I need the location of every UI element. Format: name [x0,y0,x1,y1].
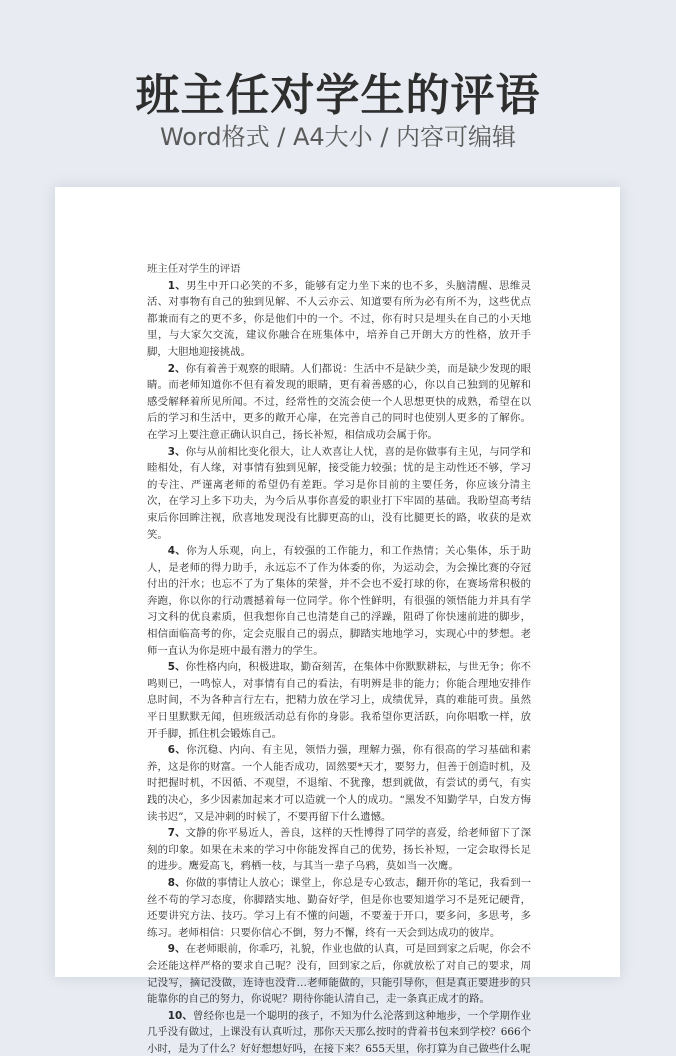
paragraph-number: 1、 [168,280,186,292]
comment-paragraph-5: 5、你性格内向，积极进取，勤奋刻苦，在集体中你默默耕耘，与世无争；你不鸣则已，一… [147,659,531,742]
paragraph-number: 7、 [168,827,186,839]
paragraph-number: 6、 [168,744,186,756]
paragraph-text: 你为人乐观，向上，有较强的工作能力，和工作热情；关心集体，乐于助人，是老师的得力… [147,545,531,657]
paragraph-text: 你有着善于观察的眼睛。人们都说：生活中不是缺少美，而是缺少发现的眼睛。而老师知道… [147,363,531,441]
document-title: 班主任对学生的评语 [147,261,531,278]
paragraph-text: 你性格内向，积极进取，勤奋刻苦，在集体中你默默耕耘，与世无争；你不鸣则已，一鸣惊… [147,661,531,739]
comment-paragraph-2: 2、你有着善于观察的眼睛。人们都说：生活中不是缺少美，而是缺少发现的眼睛。而老师… [147,361,531,444]
comment-paragraph-10: 10、曾经你也是一个聪明的孩子，不知为什么沦落到这种地步，一个学期作业几乎没有做… [147,1008,531,1056]
paragraph-text: 文静的你平易近人，善良，这样的天性博得了同学的喜爱，给老师留下了深刻的印象。如果… [147,827,531,872]
paragraph-text: 你沉稳、内向、有主见，领悟力强，理解力强，你有很高的学习基础和素养，这是你的财富… [147,744,531,822]
paragraph-number: 2、 [168,363,186,375]
comment-paragraph-7: 7、文静的你平易近人，善良，这样的天性博得了同学的喜爱，给老师留下了深刻的印象。… [147,825,531,875]
comment-paragraph-1: 1、男生中开口必笑的不多，能够有定力坐下来的也不多，头脑清醒、思维灵活、对事物有… [147,278,531,361]
paragraph-text: 你做的事情让人放心；课堂上，你总是专心致志，翻开你的笔记，我看到一丝不苟的学习态… [147,877,531,939]
comment-paragraph-9: 9、在老师眼前，你乖巧，礼貌，作业也做的认真，可是回到家之后呢，你会不会还能这样… [147,941,531,1007]
document-body: 班主任对学生的评语 1、男生中开口必笑的不多，能够有定力坐下来的也不多，头脑清醒… [147,261,531,1056]
banner-subtitle: Word格式 / A4大小 / 内容可编辑 [0,120,676,154]
comment-paragraph-6: 6、你沉稳、内向、有主见，领悟力强，理解力强，你有很高的学习基础和素养，这是你的… [147,742,531,825]
comment-paragraph-8: 8、你做的事情让人放心；课堂上，你总是专心致志，翻开你的笔记，我看到一丝不苟的学… [147,875,531,941]
paragraph-number: 8、 [168,877,186,889]
paragraph-number: 10、 [168,1010,193,1022]
paragraph-text: 你与从前相比变化很大，让人欢喜让人忧，喜的是你做事有主见，与同学和睦相处，有人缘… [147,446,531,541]
paragraph-number: 5、 [168,661,186,673]
document-page: 班主任对学生的评语 1、男生中开口必笑的不多，能够有定力坐下来的也不多，头脑清醒… [55,187,620,977]
paragraph-number: 3、 [168,446,186,458]
paragraph-text: 在老师眼前，你乖巧，礼貌，作业也做的认真，可是回到家之后呢，你会不会还能这样严格… [147,943,531,1005]
paragraph-text: 曾经你也是一个聪明的孩子，不知为什么沦落到这种地步，一个学期作业几乎没有做过，上… [147,1010,531,1055]
comment-paragraph-3: 3、你与从前相比变化很大，让人欢喜让人忧，喜的是你做事有主见，与同学和睦相处，有… [147,444,531,544]
comment-paragraph-4: 4、你为人乐观，向上，有较强的工作能力，和工作热情；关心集体，乐于助人，是老师的… [147,543,531,659]
paragraph-text: 男生中开口必笑的不多，能够有定力坐下来的也不多，头脑清醒、思维灵活、对事物有自己… [147,280,531,358]
paragraph-number: 4、 [168,545,186,557]
paragraph-number: 9、 [168,943,186,955]
banner-title: 班主任对学生的评语 [0,68,676,124]
